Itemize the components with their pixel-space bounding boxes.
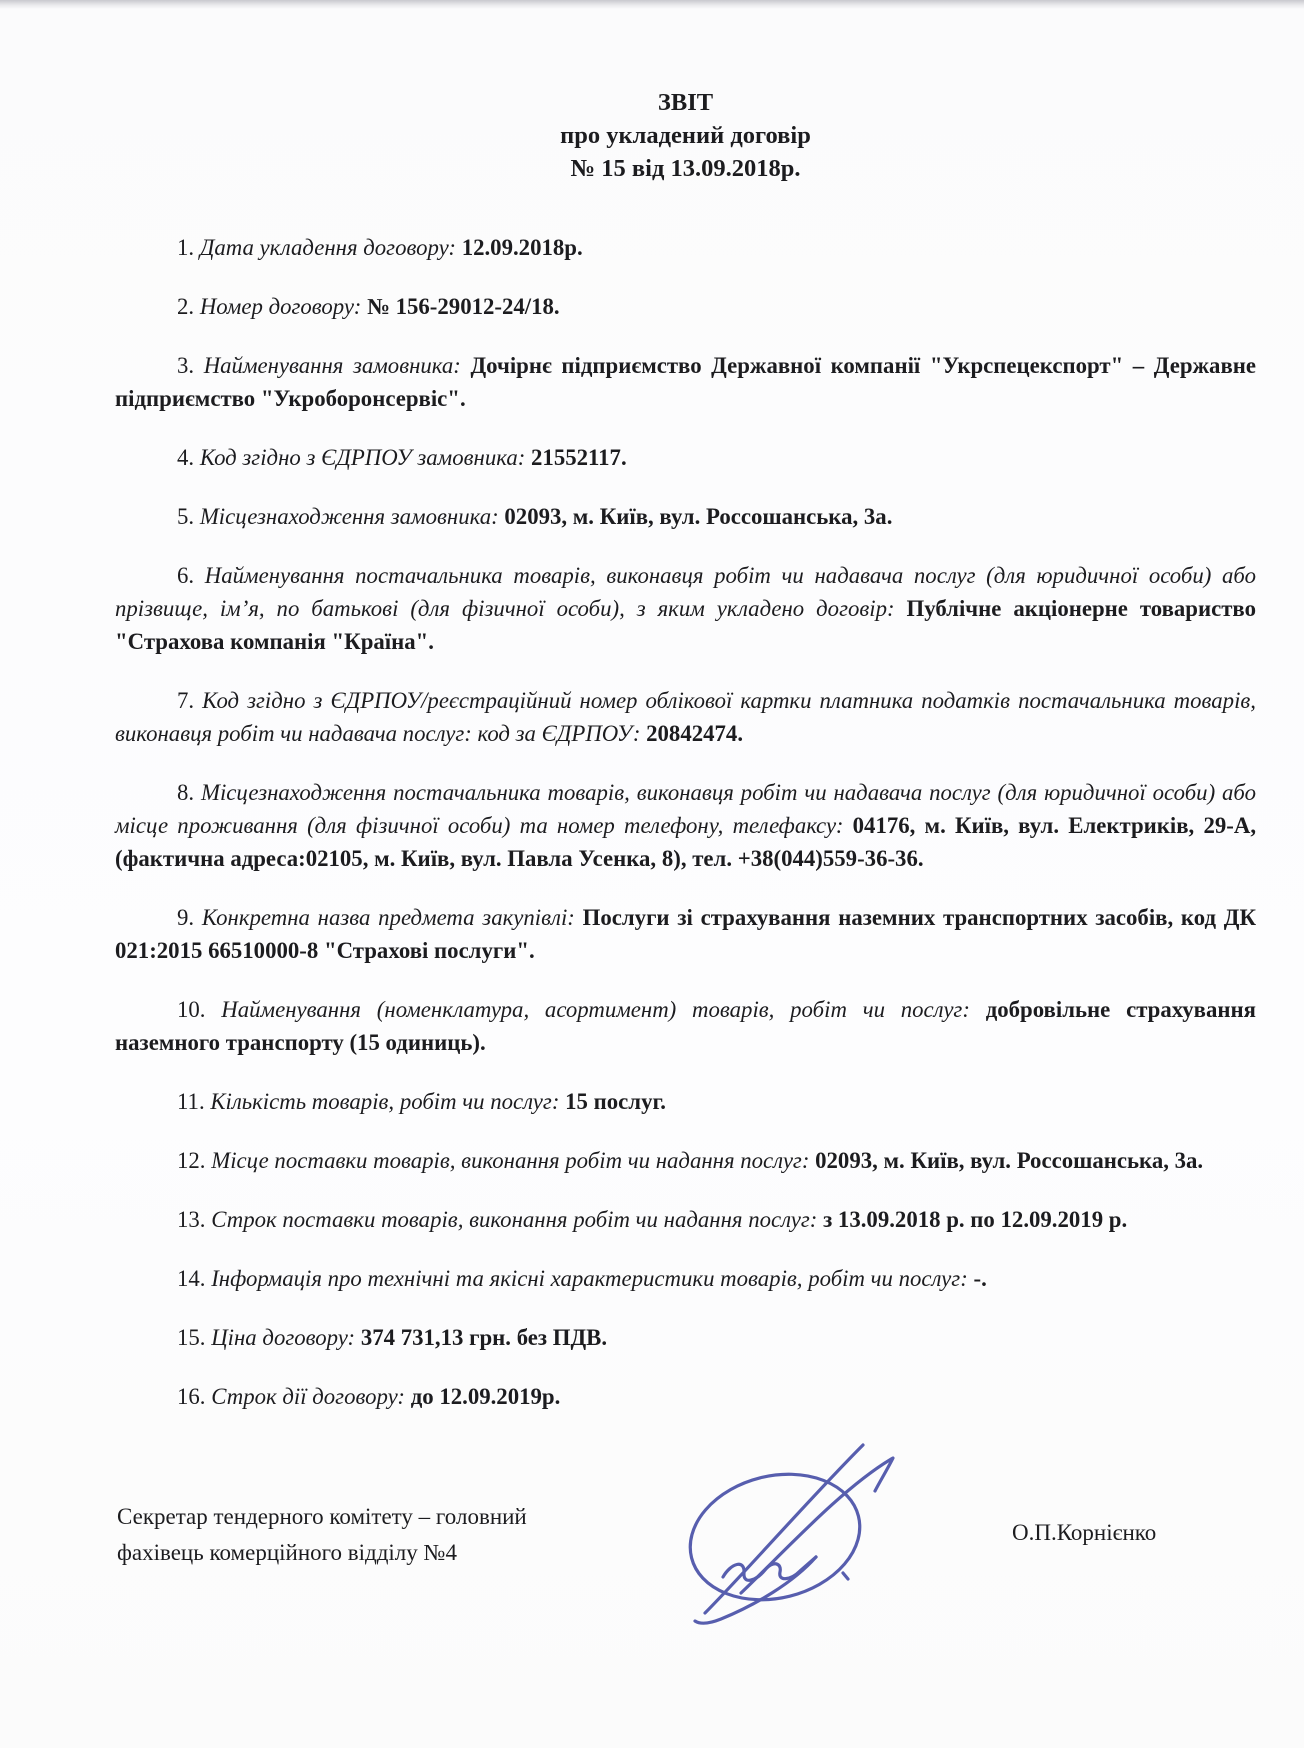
item-number: 6. xyxy=(177,563,194,588)
report-item-11: 11. Кількість товарів, робіт чи послуг: … xyxy=(115,1085,1256,1118)
document-title: ЗВІТ xyxy=(115,86,1256,119)
document-number-date: № 15 від 13.09.2018р. xyxy=(115,152,1256,185)
signature-block: Секретар тендерного комітету – головний … xyxy=(115,1447,1256,1677)
report-item-8: 8. Місцезнаходження постачальника товарі… xyxy=(115,776,1256,875)
item-number: 4. xyxy=(177,445,194,470)
report-item-16: 16. Строк дії договору: до 12.09.2019р. xyxy=(115,1380,1256,1413)
item-number: 7. xyxy=(177,688,194,713)
report-item-9: 9. Конкретна назва предмета закупівлі: П… xyxy=(115,901,1256,967)
signer-name: О.П.Корнієнко xyxy=(1012,1515,1156,1551)
report-item-15: 15. Ціна договору: 374 731,13 грн. без П… xyxy=(115,1321,1256,1354)
item-number: 3. xyxy=(177,353,194,378)
document-body: 1. Дата укладення договору: 12.09.2018р.… xyxy=(115,231,1256,1677)
item-value: з 13.09.2018 р. по 12.09.2019 р. xyxy=(823,1207,1127,1232)
item-number: 9. xyxy=(177,905,194,930)
item-number: 13. xyxy=(177,1207,206,1232)
report-item-3: 3. Найменування замовника: Дочірнє підпр… xyxy=(115,349,1256,415)
report-item-1: 1. Дата укладення договору: 12.09.2018р. xyxy=(115,231,1256,264)
item-number: 5. xyxy=(177,504,194,529)
item-value: 02093, м. Київ, вул. Россошанська, 3а. xyxy=(504,504,892,529)
item-label: Ціна договору: xyxy=(211,1325,355,1350)
item-number: 10. xyxy=(177,997,206,1022)
item-value: до 12.09.2019р. xyxy=(411,1384,561,1409)
item-value: 12.09.2018р. xyxy=(462,235,583,260)
item-number: 16. xyxy=(177,1384,206,1409)
item-value: 15 послуг. xyxy=(565,1089,666,1114)
item-value: № 156-29012-24/18. xyxy=(367,294,560,319)
signer-role-line2: фахівець комерційного відділу №4 xyxy=(117,1540,457,1565)
item-label: Строк поставки товарів, виконання робіт … xyxy=(211,1207,817,1232)
item-label: Місцезнаходження замовника: xyxy=(200,504,499,529)
document-header: ЗВІТ про укладений договір № 15 від 13.0… xyxy=(115,86,1256,185)
report-item-2: 2. Номер договору: № 156-29012-24/18. xyxy=(115,290,1256,323)
signer-role: Секретар тендерного комітету – головний … xyxy=(117,1499,587,1571)
item-label: Строк дії договору: xyxy=(211,1384,405,1409)
item-number: 15. xyxy=(177,1325,206,1350)
report-item-7: 7. Код згідно з ЄДРПОУ/реєстраційний ном… xyxy=(115,684,1256,750)
item-label: Кількість товарів, робіт чи послуг: xyxy=(210,1089,559,1114)
item-label: Конкретна назва предмета закупівлі: xyxy=(202,905,575,930)
item-label: Код згідно з ЄДРПОУ замовника: xyxy=(200,445,526,470)
report-item-4: 4. Код згідно з ЄДРПОУ замовника: 215521… xyxy=(115,441,1256,474)
report-item-5: 5. Місцезнаходження замовника: 02093, м.… xyxy=(115,500,1256,533)
report-item-10: 10. Найменування (номенклатура, асортиме… xyxy=(115,993,1256,1059)
report-item-6: 6. Найменування постачальника товарів, в… xyxy=(115,559,1256,658)
item-value: 374 731,13 грн. без ПДВ. xyxy=(361,1325,607,1350)
item-number: 12. xyxy=(177,1148,206,1173)
item-label: Місце поставки товарів, виконання робіт … xyxy=(211,1148,809,1173)
signature-icon xyxy=(683,1425,908,1640)
signer-role-line1: Секретар тендерного комітету – головний xyxy=(117,1504,527,1529)
item-label: Номер договору: xyxy=(200,294,361,319)
item-number: 11. xyxy=(177,1089,205,1114)
report-item-12: 12. Місце поставки товарів, виконання ро… xyxy=(115,1144,1256,1177)
item-label: Найменування (номенклатура, асортимент) … xyxy=(221,997,970,1022)
report-item-13: 13. Строк поставки товарів, виконання ро… xyxy=(115,1203,1256,1236)
item-value: 20842474. xyxy=(646,721,743,746)
item-label: Інформація про технічні та якісні характ… xyxy=(211,1266,968,1291)
document-page: ЗВІТ про укладений договір № 15 від 13.0… xyxy=(0,0,1304,1748)
item-value: 21552117. xyxy=(531,445,627,470)
item-label: Дата укладення договору: xyxy=(200,235,456,260)
item-value: 02093, м. Київ, вул. Россошанська, 3а. xyxy=(815,1148,1203,1173)
report-item-14: 14. Інформація про технічні та якісні ха… xyxy=(115,1262,1256,1295)
item-number: 2. xyxy=(177,294,194,319)
item-number: 1. xyxy=(177,235,194,260)
document-subtitle: про укладений договір xyxy=(115,119,1256,152)
item-number: 14. xyxy=(177,1266,206,1291)
item-value: -. xyxy=(974,1266,987,1291)
item-label: Найменування замовника: xyxy=(204,353,461,378)
item-number: 8. xyxy=(177,780,194,805)
